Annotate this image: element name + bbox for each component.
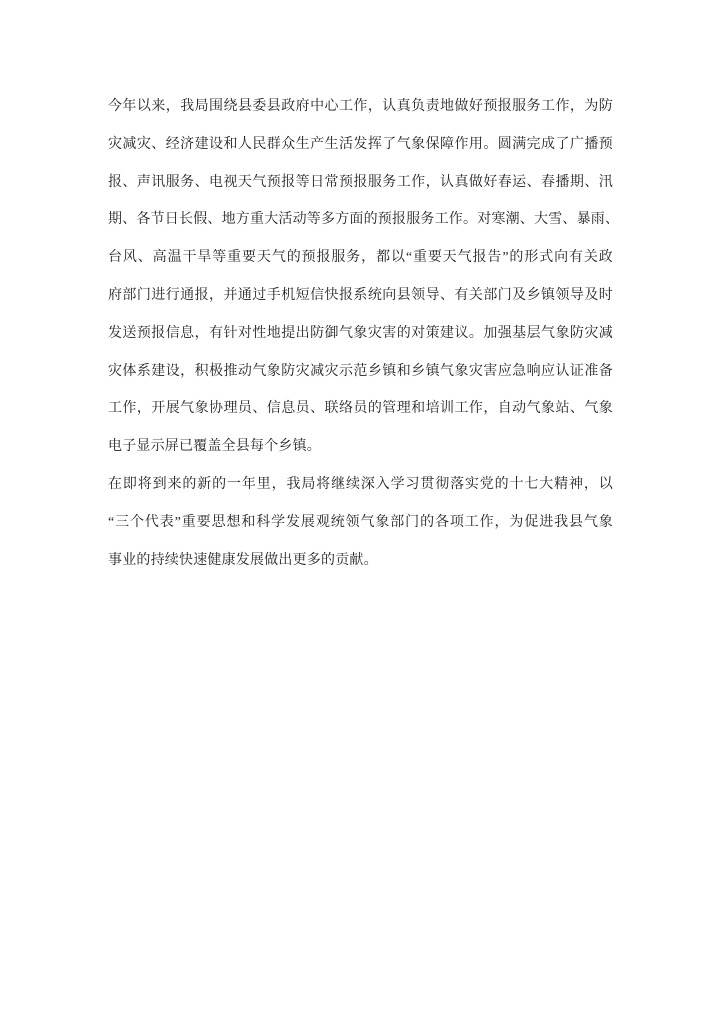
text-line: 报、声讯服务、电视天气预报等日常预报服务工作，认真做好春运、春播期、汛 <box>108 164 613 202</box>
text-line: 期、各节日长假、地方重大活动等多方面的预报服务工作。对寒潮、大雪、暴雨、 <box>108 201 613 239</box>
document-page: 今年以来，我局围绕县委县政府中心工作，认真负责地做好预报服务工作，为防灾减灾、经… <box>0 0 721 1020</box>
text-line: 电子显示屏已覆盖全县每个乡镇。 <box>108 428 613 466</box>
paragraph: 今年以来，我局围绕县委县政府中心工作，认真负责地做好预报服务工作，为防灾减灾、经… <box>108 88 613 466</box>
paragraph: 在即将到来的新的一年里，我局将继续深入学习贯彻落实党的十七大精神，以“三个代表”… <box>108 466 613 579</box>
text-line: 工作，开展气象协理员、信息员、联络员的管理和培训工作，自动气象站、气象 <box>108 390 613 428</box>
text-line: “三个代表”重要思想和科学发展观统领气象部门的各项工作，为促进我县气象 <box>108 504 613 542</box>
text-line: 灾减灾、经济建设和人民群众生产生活发挥了气象保障作用。圆满完成了广播预 <box>108 126 613 164</box>
text-line: 台风、高温干旱等重要天气的预报服务，都以“重要天气报告”的形式向有关政 <box>108 239 613 277</box>
text-line: 发送预报信息，有针对性地提出防御气象灾害的对策建议。加强基层气象防灾减 <box>108 315 613 353</box>
text-line: 灾体系建设，积极推动气象防灾减灾示范乡镇和乡镇气象灾害应急响应认证准备 <box>108 353 613 391</box>
text-line: 在即将到来的新的一年里，我局将继续深入学习贯彻落实党的十七大精神，以 <box>108 466 613 504</box>
document-body-text: 今年以来，我局围绕县委县政府中心工作，认真负责地做好预报服务工作，为防灾减灾、经… <box>108 88 613 579</box>
text-line: 府部门进行通报，并通过手机短信快报系统向县领导、有关部门及乡镇领导及时 <box>108 277 613 315</box>
text-line: 今年以来，我局围绕县委县政府中心工作，认真负责地做好预报服务工作，为防 <box>108 88 613 126</box>
text-line: 事业的持续快速健康发展做出更多的贡献。 <box>108 542 613 580</box>
